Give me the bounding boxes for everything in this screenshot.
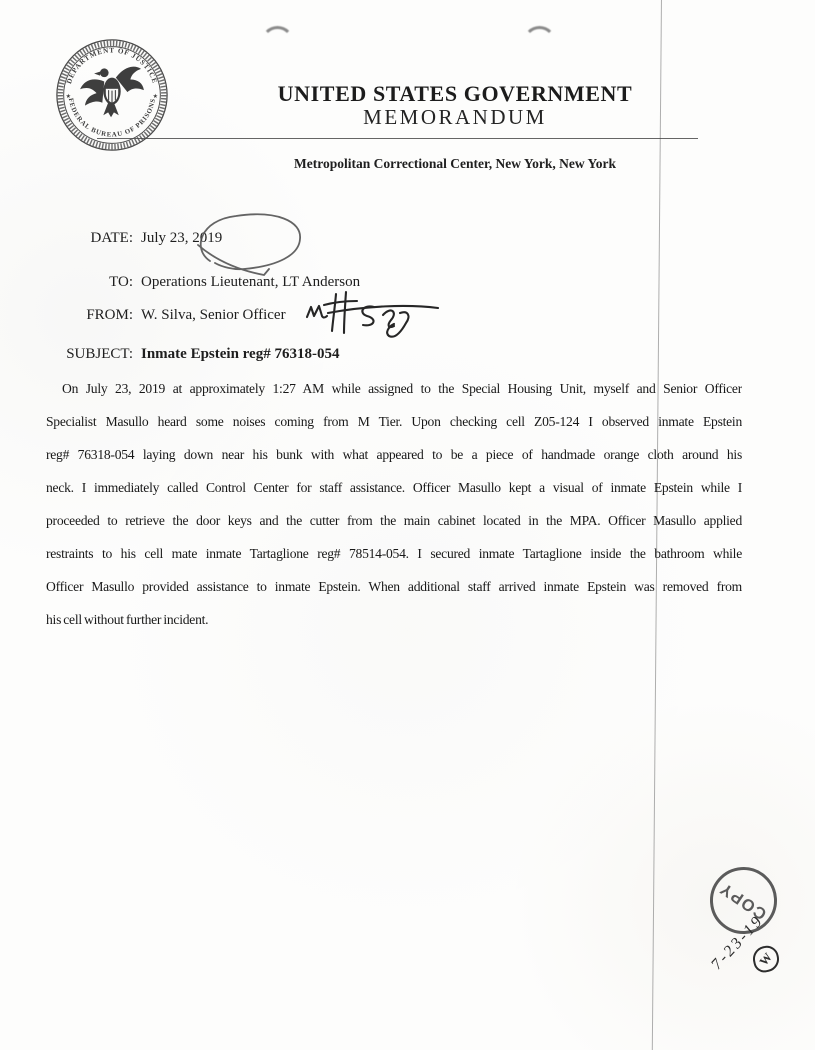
binder-hole-shadow-left (261, 26, 294, 59)
field-row-subject: SUBJECT: Inmate Epstein reg# 76318-054 (0, 346, 815, 366)
memo-subtitle: MEMORANDUM (170, 105, 740, 130)
body-line: his cell without further incident. (46, 603, 742, 636)
body-line: Officer Masullo provided assistance to i… (46, 570, 742, 603)
seal-eagle-icon (80, 67, 144, 118)
field-label-subject: SUBJECT: (28, 346, 133, 363)
field-value-to: Operations Lieutenant, LT Anderson (141, 274, 360, 291)
header-rule (97, 138, 698, 139)
field-value-date: July 23, 2019 (141, 230, 222, 247)
circled-initial-letter: W (756, 950, 775, 969)
doj-bop-seal-icon: DEPARTMENT OF JUSTICE FEDERAL BUREAU OF … (54, 37, 170, 153)
body-line: restraints to his cell mate inmate Tarta… (46, 537, 742, 570)
seal-star-left: ★ (66, 93, 71, 100)
seal-star-right: ★ (153, 93, 158, 100)
field-row-date: DATE: July 23, 2019 (0, 230, 815, 250)
facility-line: Metropolitan Correctional Center, New Yo… (170, 156, 740, 172)
field-value-subject: Inmate Epstein reg# 76318-054 (141, 346, 339, 363)
field-row-from: FROM: W. Silva, Senior Officer (0, 307, 815, 327)
field-row-to: TO: Operations Lieutenant, LT Anderson (0, 274, 815, 294)
body-line: Specialist Masullo heard some noises com… (46, 405, 742, 438)
field-label-to: TO: (28, 274, 133, 291)
memo-title: UNITED STATES GOVERNMENT (170, 81, 740, 107)
circled-initial: W (751, 944, 782, 975)
field-label-from: FROM: (28, 307, 133, 324)
body-line: neck. I immediately called Control Cente… (46, 471, 742, 504)
body-line: proceeded to retrieve the door keys and … (46, 504, 742, 537)
binder-hole-shadow-right (523, 26, 556, 59)
memo-page: DEPARTMENT OF JUSTICE FEDERAL BUREAU OF … (0, 0, 815, 1050)
field-label-date: DATE: (28, 230, 133, 247)
body-line: On July 23, 2019 at approximately 1:27 A… (46, 372, 742, 405)
body-line: reg# 76318-054 laying down near his bunk… (46, 438, 742, 471)
memo-body: On July 23, 2019 at approximately 1:27 A… (46, 372, 742, 636)
field-value-from: W. Silva, Senior Officer (141, 307, 286, 324)
